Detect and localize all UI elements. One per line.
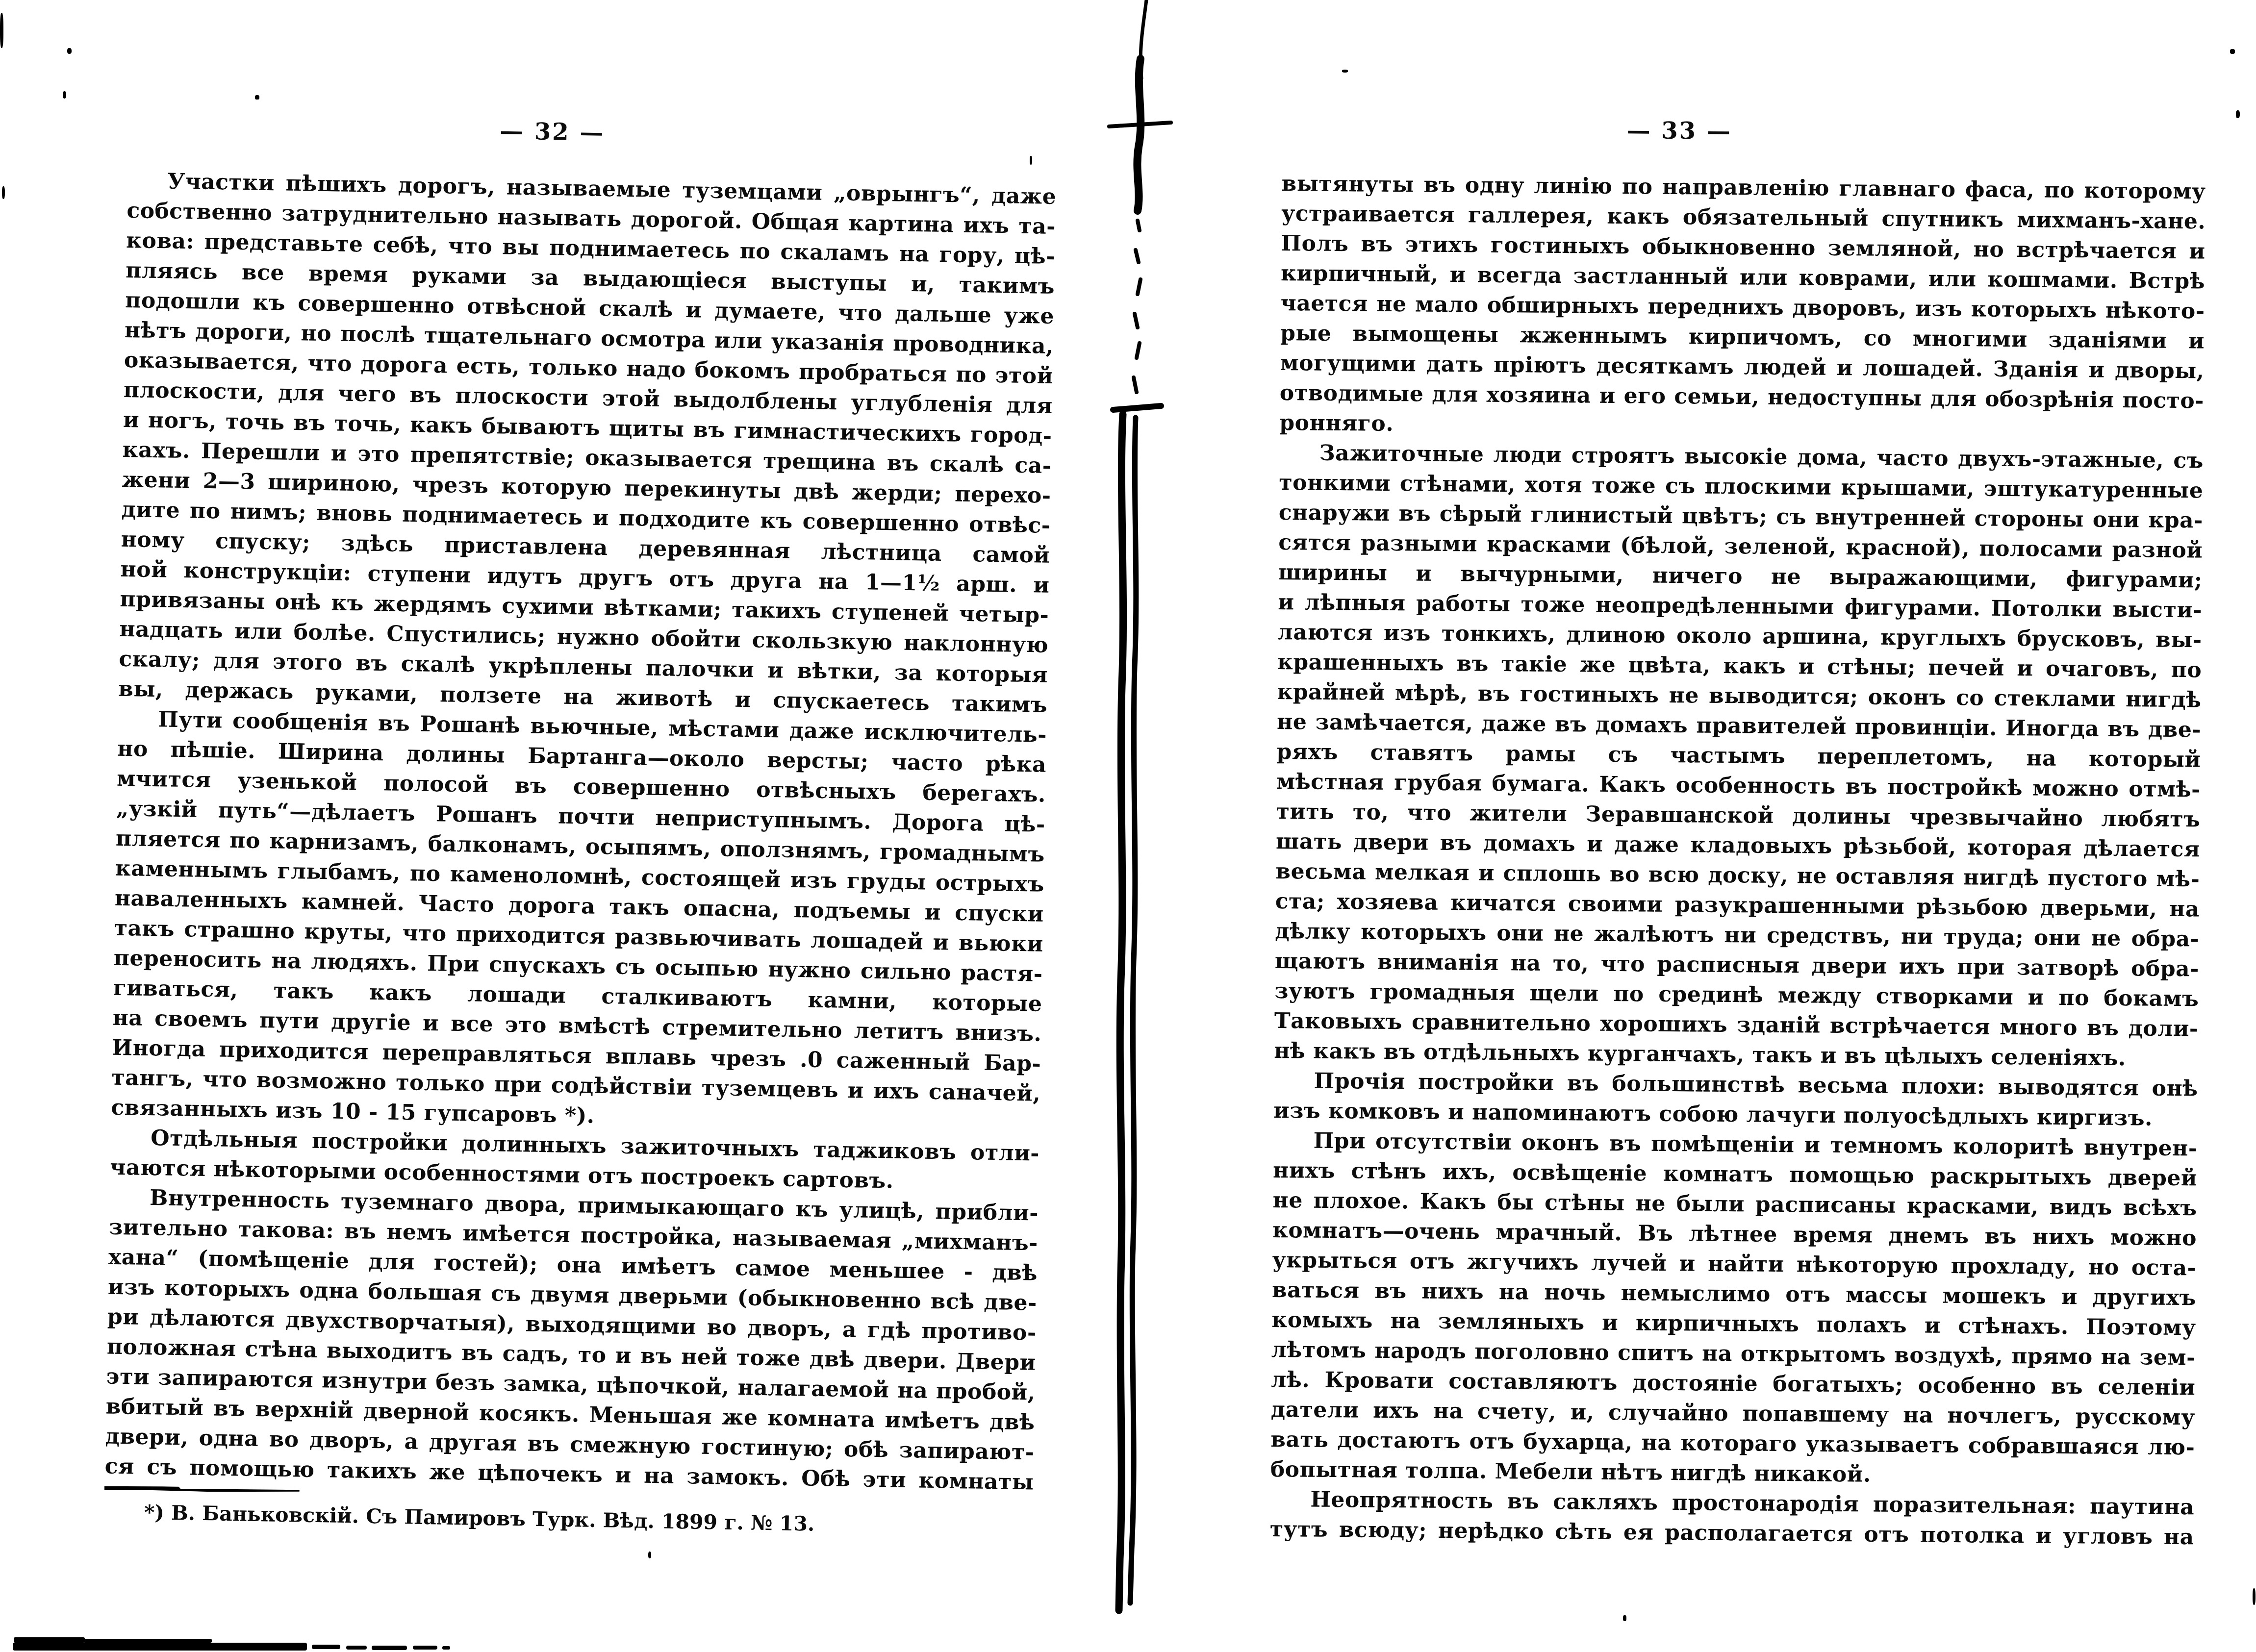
page-number-right: — 33 — [1576, 114, 1782, 148]
right-page: — 33 — вытянуты въ одну линію по направл… [1270, 112, 2206, 1552]
scan-speck [2253, 1588, 2256, 1605]
scan-speck [1342, 70, 1348, 73]
left-page-text: Участки пѣшихъ дорогъ, называемые туземц… [104, 166, 1057, 1498]
scan-speck [63, 91, 66, 99]
scan-speck [67, 48, 72, 54]
scan-speck [255, 95, 259, 100]
right-page-text: вытянуты въ одну линію по направленію гл… [1270, 169, 2206, 1552]
book-scan-spread: { "left_page": { "page_number": "— 32 —"… [0, 0, 2256, 1652]
scan-speck [0, 13, 3, 48]
bottom-scan-bar-artifact [0, 1632, 490, 1652]
scan-speck [2236, 110, 2240, 118]
scan-speck [2230, 49, 2235, 54]
scan-speck [1030, 156, 1032, 165]
left-page: — 32 — Участки пѣшихъ дорогъ, называемые… [104, 109, 1058, 1542]
gutter-crease-artifact [1103, 0, 1177, 1652]
scan-speck [2, 186, 5, 199]
footnote-rule [104, 1485, 300, 1493]
scan-speck [648, 1552, 651, 1558]
page-number-left: — 32 — [449, 114, 656, 149]
scan-speck [1623, 1615, 1626, 1621]
footnote: *) В. Баньковскій. Съ Памировъ Турк. Вѣд… [104, 1498, 1034, 1542]
